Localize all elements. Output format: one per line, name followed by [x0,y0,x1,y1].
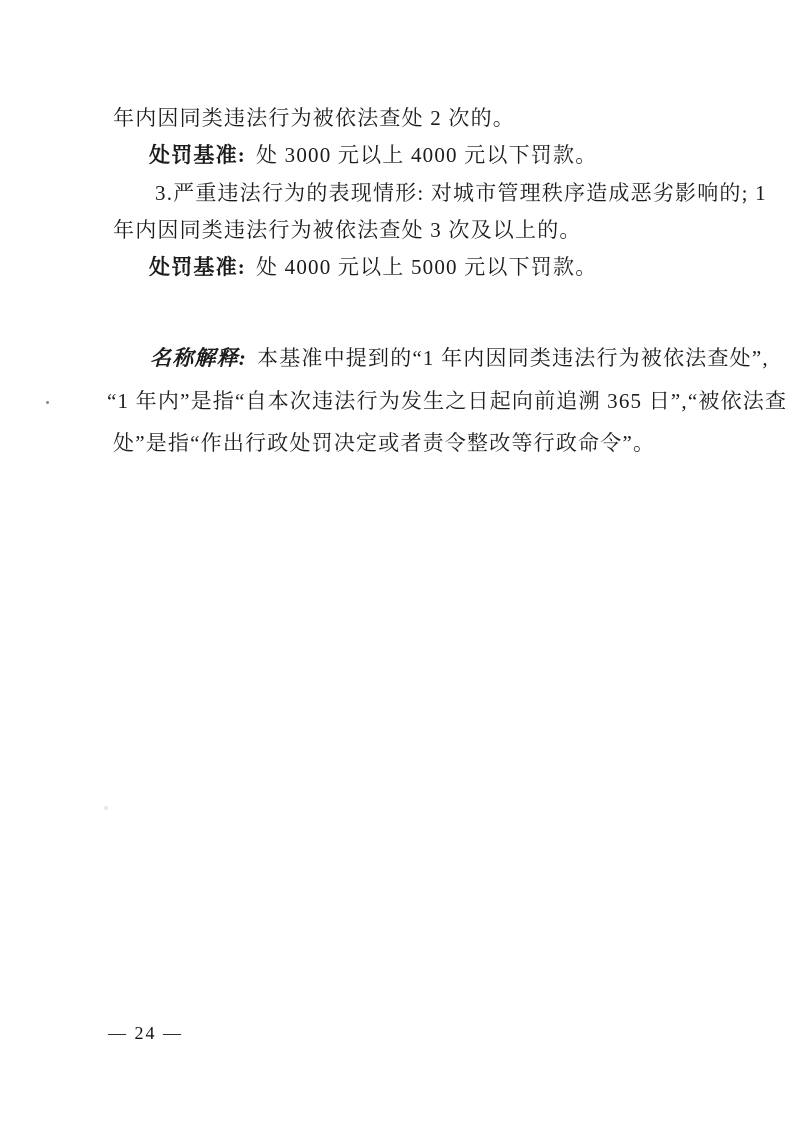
penalty-standard-label: 处罚基准: [149,143,246,167]
text-line-1: 年内因同类违法行为被依法查处 2 次的。 [113,106,515,130]
term-explanation-label: 名称解释: [150,346,247,370]
text-line-3: 3.严重违法行为的表现情形: 对城市管理秩序造成恶劣影响的; 1 [155,181,767,205]
penalty-standard-value: 处 4000 元以上 5000 元以下罚款。 [256,255,597,279]
term-explanation-text: “1 年内”是指“自本次违法行为发生之日起向前追溯 365 日”,“被依法查 [107,389,787,413]
text-line-5: 处罚基准:处 4000 元以上 5000 元以下罚款。 [149,255,597,279]
text-line-8: 处”是指“作出行政处罚决定或者责令整改等行政命令”。 [113,431,655,455]
penalty-standard-value: 处 3000 元以上 4000 元以下罚款。 [256,143,597,167]
text-line-6: 名称解释:本基准中提到的“1 年内因同类违法行为被依法查处”, [150,346,769,370]
body-text: 3.严重违法行为的表现情形: 对城市管理秩序造成恶劣影响的; 1 [155,181,767,205]
scan-speck [104,806,108,810]
term-explanation-text: 处”是指“作出行政处罚决定或者责令整改等行政命令”。 [113,431,655,455]
term-explanation-text: 本基准中提到的“1 年内因同类违法行为被依法查处”, [257,346,769,370]
text-line-4: 年内因同类违法行为被依法查处 3 次及以上的。 [113,218,582,242]
text-line-2: 处罚基准:处 3000 元以上 4000 元以下罚款。 [149,143,597,167]
body-text: 年内因同类违法行为被依法查处 3 次及以上的。 [113,218,582,242]
page-number: — 24 — [108,1023,183,1044]
body-text: 年内因同类违法行为被依法查处 2 次的。 [113,106,515,130]
text-line-7: “1 年内”是指“自本次违法行为发生之日起向前追溯 365 日”,“被依法查 [107,389,787,413]
document-page: 年内因同类违法行为被依法查处 2 次的。 处罚基准:处 3000 元以上 400… [0,0,793,1122]
scan-speck [46,401,49,404]
penalty-standard-label: 处罚基准: [149,255,246,279]
